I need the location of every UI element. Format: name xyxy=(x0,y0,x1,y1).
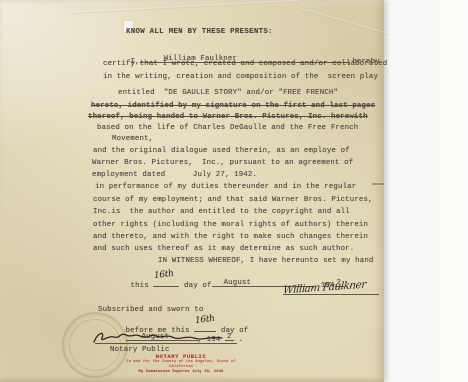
typed-month: August xyxy=(224,279,252,287)
day-blank: 16th xyxy=(153,278,179,287)
doc-line: certify that I wrote, created and compos… xyxy=(103,60,387,68)
doc-line: in performance of my duties thereunder a… xyxy=(95,183,356,191)
paper-crease xyxy=(297,7,389,35)
struck-line: thereof, being handed to Warner Bros. Pi… xyxy=(88,113,368,121)
doc-line: Inc.is the author and entitled to the co… xyxy=(93,208,350,216)
paper-crease xyxy=(372,183,384,185)
doc-line-title: entitled "DE GAULLE STORY" and/or "FREE … xyxy=(118,89,338,97)
scan-background: KNOW ALL MEN BY THESE PRESENTS: I,Willia… xyxy=(0,0,468,382)
doc-line: and the original dialogue used therein, … xyxy=(93,147,350,155)
doc-line: and such uses thereof as it may determin… xyxy=(93,245,354,253)
notary-stamp: NOTARY PUBLIC In and for the County of L… xyxy=(116,353,246,375)
signature-area: William Faulkner xyxy=(283,281,381,295)
doc-line: in the writing, creation and composition… xyxy=(103,73,378,81)
stamp-line2: In and for the County of Los Angeles, St… xyxy=(116,360,246,370)
notary-signature xyxy=(90,328,240,348)
document-paper: KNOW ALL MEN BY THESE PRESENTS: I,Willia… xyxy=(0,0,384,382)
date-pre: this xyxy=(131,282,154,290)
paper-crease xyxy=(70,0,300,14)
notary-line1: Subscribed and sworn to xyxy=(98,306,203,314)
struck-line: hereto, identified by my signature on th… xyxy=(91,102,375,110)
doc-line: Movement, xyxy=(112,135,153,143)
doc-line: other rights (including the moral rights… xyxy=(93,221,368,229)
doc-line: course of my employment; and that said W… xyxy=(93,196,373,204)
doc-line: employment dated July 27, 1942. xyxy=(92,171,257,179)
document-heading: KNOW ALL MEN BY THESE PRESENTS: xyxy=(126,28,273,36)
doc-line: Warner Bros. Pictures, Inc., pursuant to… xyxy=(92,159,353,167)
doc-line: based on the life of Charles DeGaulle an… xyxy=(97,124,358,132)
date-mid: day of xyxy=(179,282,211,290)
handwritten-day: 16th xyxy=(154,269,175,281)
month-blank: August xyxy=(212,278,268,287)
doc-line-witness: IN WITNESS WHEREOF, I have hereunto set … xyxy=(158,257,374,265)
notary-signature-line xyxy=(95,343,237,344)
stamp-line3: My Commission Expires July 15, 1945 xyxy=(116,370,246,375)
doc-line: and thereto, and with the right to make … xyxy=(93,233,368,241)
